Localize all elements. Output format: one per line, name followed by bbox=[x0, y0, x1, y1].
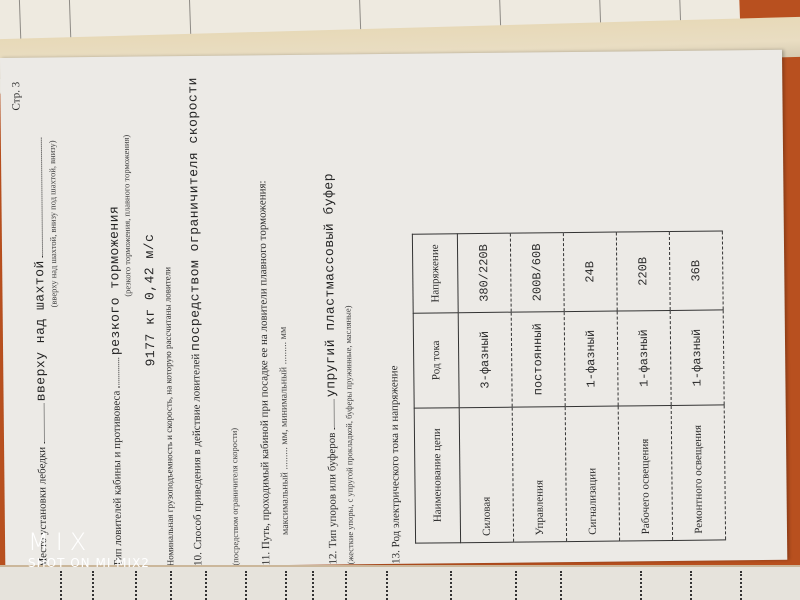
field-number: 10. bbox=[192, 552, 204, 566]
field-number: 11. bbox=[260, 552, 272, 565]
cell-current: постоянный bbox=[511, 312, 565, 407]
electrical-circuits-table: Наименование цепи Род тока Напряжение Си… bbox=[412, 230, 726, 543]
field-capacity: Номинальная грузоподъемность и скорость,… bbox=[160, 66, 175, 566]
field-value: упругий пластмассовый буфер bbox=[321, 173, 338, 397]
field-buffer-type: 12. Тип упоров или буферов упругий пласт… bbox=[320, 64, 340, 564]
cell-name: Рабочего освещения bbox=[618, 405, 672, 541]
cell-current: 3-фазный bbox=[458, 312, 512, 407]
field-value: 9177 кг 0,42 м/с bbox=[142, 234, 158, 367]
document-page: Стр. 3 Место установки лебедки вверху на… bbox=[0, 50, 787, 568]
cell-voltage: 200В/60В bbox=[510, 233, 564, 313]
field-current-type: 13. Род электрического тока и напряжение bbox=[385, 64, 402, 564]
field-label: Путь, проходимый кабиной при посадке ее … bbox=[256, 180, 272, 549]
watermark-caption: SHOT ON MI MIX2 bbox=[28, 556, 150, 570]
field-label: Способ приведения в действие ловителей bbox=[190, 354, 204, 550]
cell-name: Ремонтного освещения bbox=[671, 405, 725, 541]
cell-voltage: 380/220В bbox=[457, 233, 511, 313]
field-stopping-distance: 11. Путь, проходимый кабиной при посадке… bbox=[255, 65, 272, 565]
table-row: Силовая 3-фазный 380/220В bbox=[457, 233, 513, 543]
field-label: Тип упоров или буферов bbox=[326, 433, 339, 549]
rotated-content: Стр. 3 Место установки лебедки вверху на… bbox=[0, 50, 787, 568]
field-number: 13. bbox=[390, 550, 402, 564]
header-current-type: Род тока bbox=[413, 313, 459, 408]
page-number: Стр. 3 bbox=[10, 82, 22, 111]
field-hint: максимальный ......... мм, минимальный .… bbox=[278, 327, 291, 535]
field-hint: (резкого торможения, плавного торможения… bbox=[121, 135, 133, 297]
cell-current: 1-фазный bbox=[670, 310, 724, 405]
header-voltage: Напряжение bbox=[412, 234, 458, 314]
field-label: Род электрического тока и напряжение bbox=[388, 366, 402, 548]
cell-name: Сигнализации bbox=[565, 406, 619, 542]
table-row: Управления постоянный 200В/60В bbox=[510, 233, 566, 543]
camera-watermark: MIX SHOT ON MI MIX2 bbox=[28, 528, 150, 570]
header-circuit-name: Наименование цепи bbox=[414, 407, 460, 543]
cell-voltage: 220В bbox=[616, 232, 670, 312]
table-row: Рабочего освещения 1-фазный 220В bbox=[616, 232, 672, 542]
watermark-brand: MIX bbox=[28, 528, 150, 556]
underlying-page bbox=[0, 565, 800, 600]
cell-voltage: 36В bbox=[669, 231, 723, 311]
cell-name: Силовая bbox=[459, 407, 513, 543]
cell-voltage: 24В bbox=[563, 232, 617, 312]
field-value: посредством ограничителя скорости bbox=[185, 77, 203, 351]
cell-current: 1-фазный bbox=[617, 311, 671, 406]
table-header-row: Наименование цепи Род тока Напряжение bbox=[412, 234, 460, 543]
table-row: Сигнализации 1-фазный 24В bbox=[563, 232, 619, 542]
field-activation-method: 10. Способ приведения в действие ловител… bbox=[185, 66, 205, 566]
field-label: Номинальная грузоподъемность и скорость,… bbox=[162, 267, 175, 566]
field-number: 12. bbox=[327, 551, 339, 565]
field-value: резкого торможения bbox=[107, 206, 124, 356]
cell-name: Управления bbox=[512, 406, 566, 542]
table-row: Ремонтного освещения 1-фазный 36В bbox=[669, 231, 725, 541]
field-hint: (жесткие упоры, с упругой прокладкой, бу… bbox=[343, 306, 356, 565]
field-value: вверху над шахтой bbox=[32, 260, 48, 401]
field-hint: (вверху над шахтой, внизу под шахтой, вн… bbox=[47, 140, 59, 307]
cell-current: 1-фазный bbox=[564, 311, 618, 406]
field-hint: (посредством ограничителя скорости) bbox=[229, 428, 240, 566]
